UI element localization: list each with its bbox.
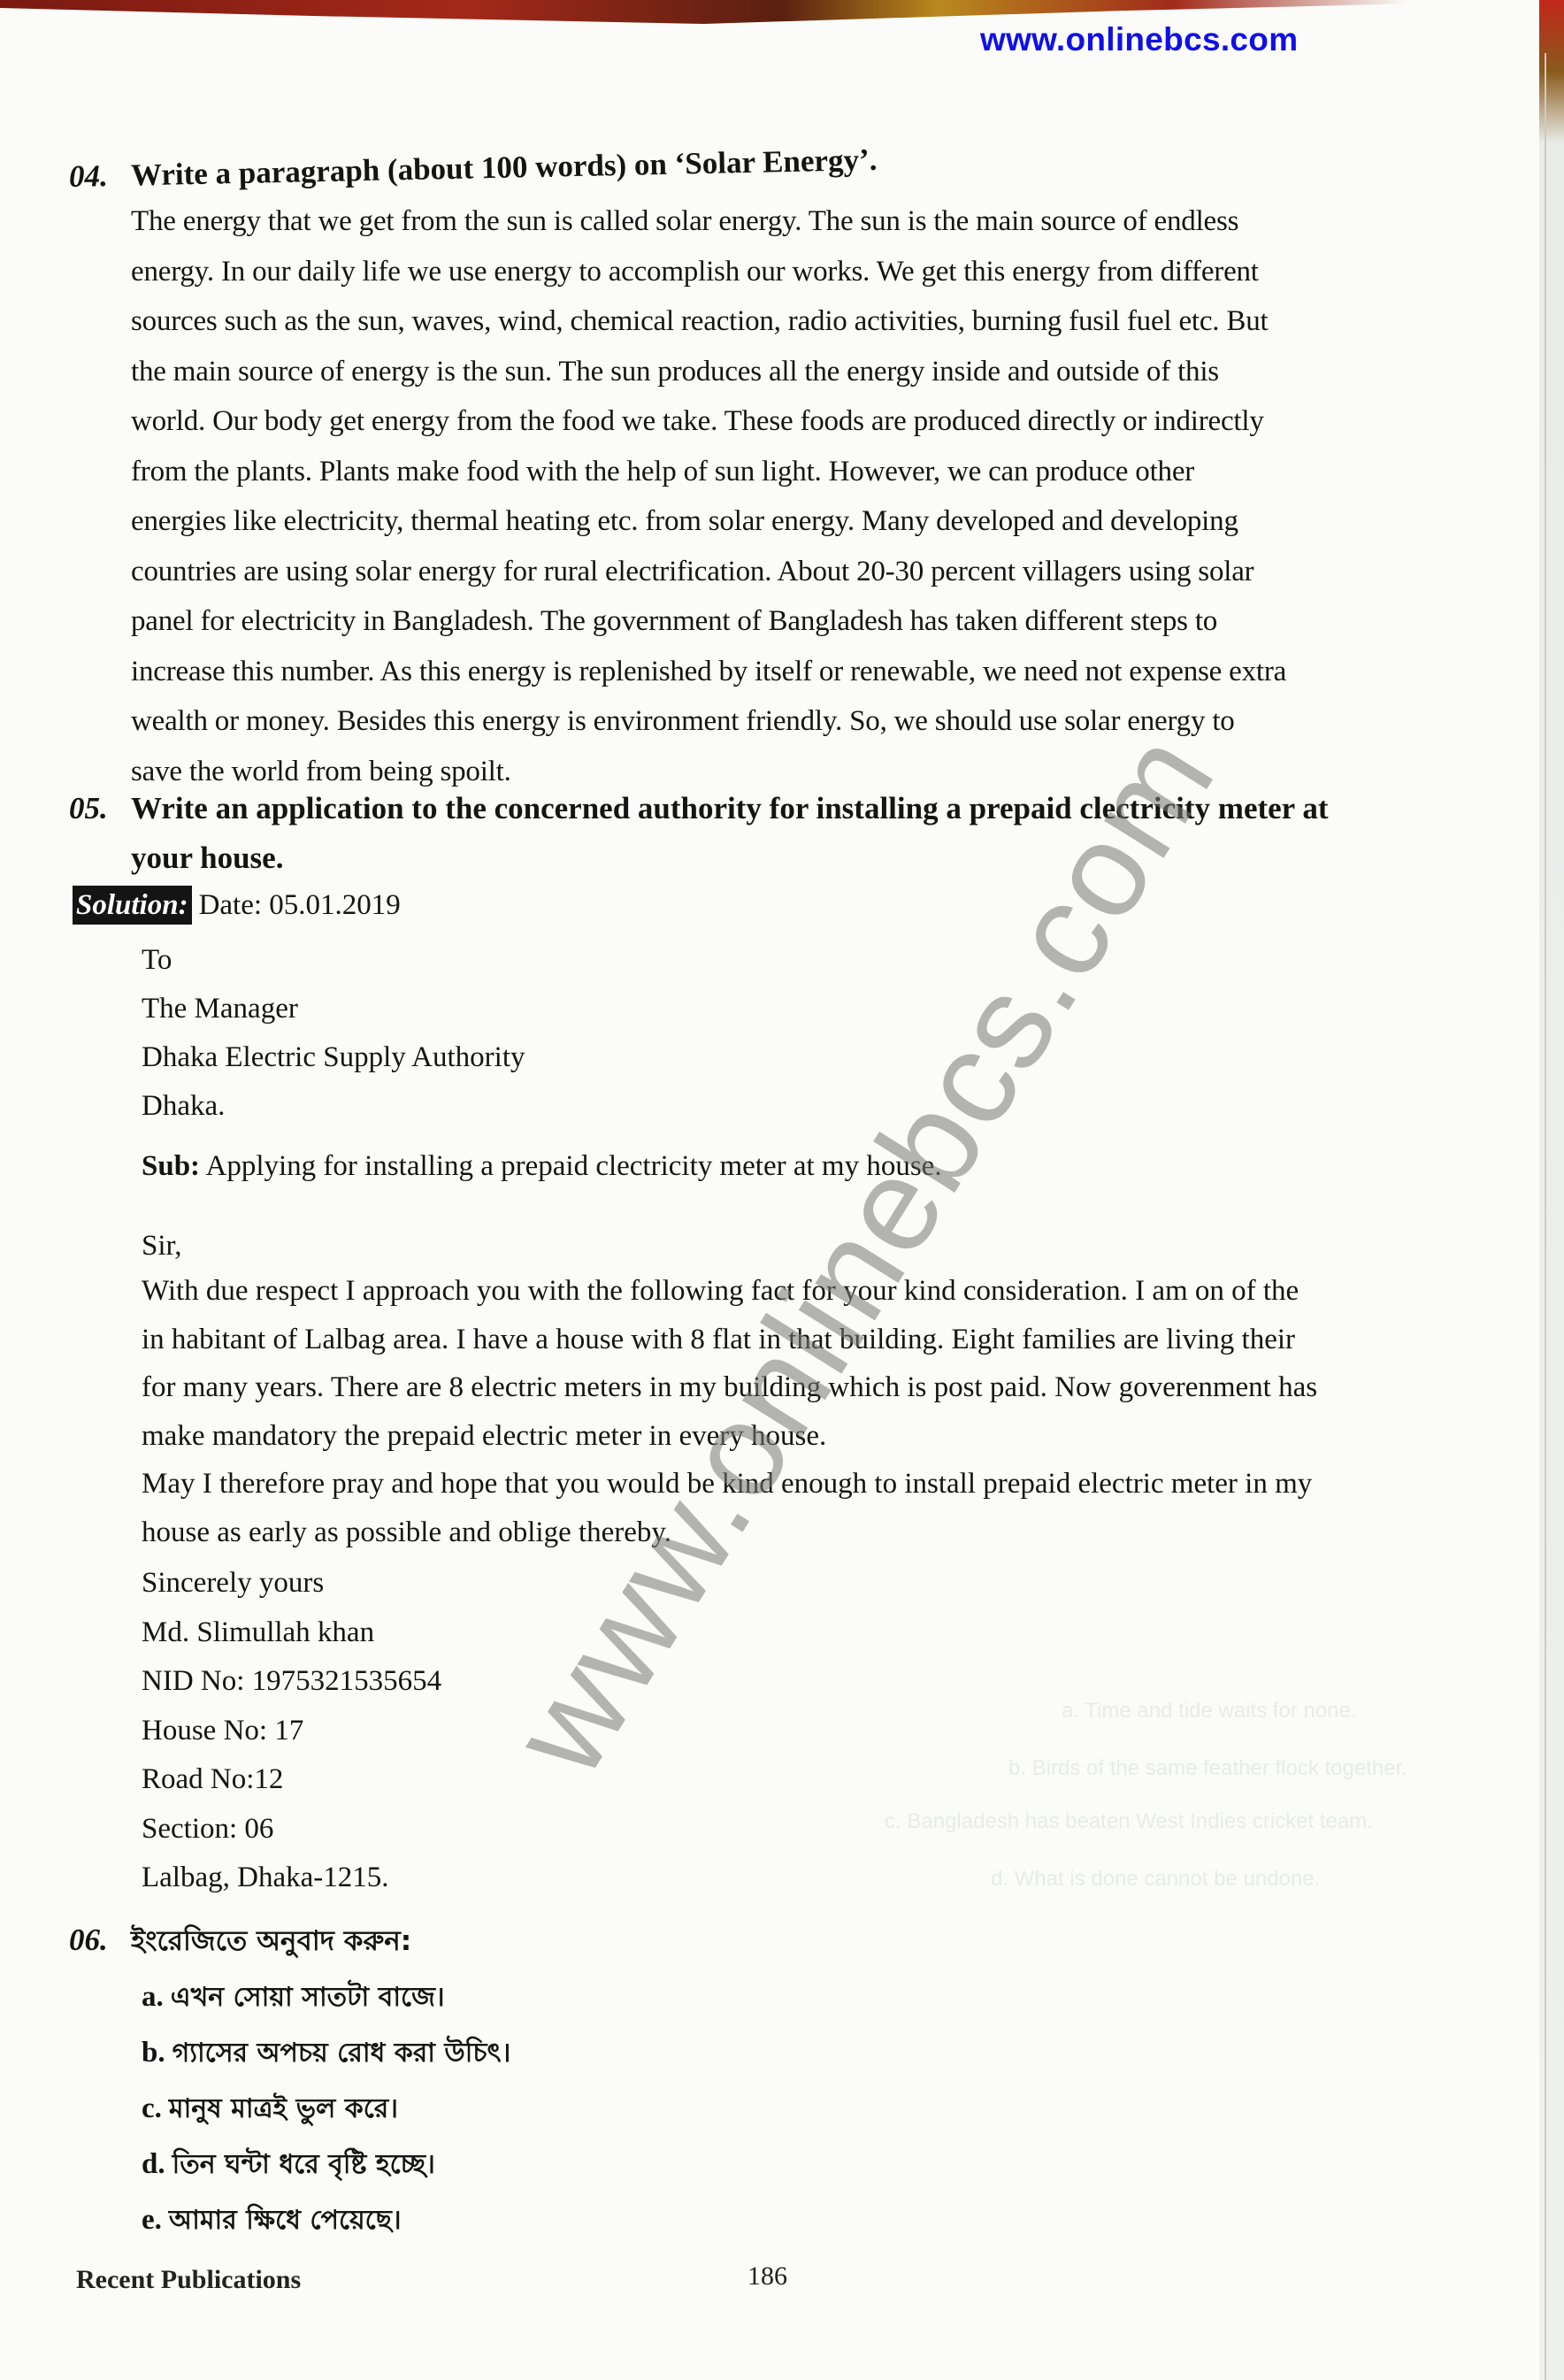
- salutation: Sir,: [142, 1230, 181, 1262]
- paragraph-line: wealth or money. Besides this energy is …: [131, 696, 1524, 747]
- signoff-line: Road No:12: [142, 1755, 441, 1805]
- signoff-line: Lalbag, Dhaka-1215.: [142, 1854, 441, 1903]
- show-through-text: b. Birds of the same feather flock toget…: [1008, 1756, 1407, 1781]
- translation-item: d.তিন ঘন্টা ধরে বৃষ্টি হচ্ছে।: [142, 2137, 510, 2192]
- paragraph-line: energy. In our daily life we use energy …: [131, 247, 1524, 297]
- item-text: গ্যাসের অপচয় রোধ করা উচিৎ।: [172, 2038, 511, 2069]
- show-through-text: d. What is done cannot be undone.: [991, 1867, 1320, 1892]
- letter-body-line: in habitant of Lalbag area. I have a hou…: [142, 1316, 1317, 1364]
- letter-body-line: for many years. There are 8 electric met…: [142, 1363, 1317, 1412]
- question-06-heading: 06.ইংরেজিতে অনুবাদ করুন:: [69, 1916, 411, 1966]
- paragraph-line: world. Our body get energy from the food…: [131, 396, 1524, 447]
- question-number: 04.: [68, 151, 131, 202]
- address-line: Dhaka Electric Supply Authority: [142, 1033, 525, 1082]
- question-05-heading-cont: your house.: [131, 833, 283, 883]
- site-url-header: www.onlinebcs.com: [980, 21, 1298, 58]
- item-text: মানুষ মাত্রই ভুল করে।: [169, 2093, 398, 2124]
- question-number: 06.: [69, 1916, 131, 1965]
- address-line: Dhaka.: [142, 1082, 525, 1131]
- signoff-line: Section: 06: [142, 1805, 441, 1854]
- signoff-line: NID No: 1975321535654: [142, 1657, 441, 1707]
- item-label: a.: [142, 1981, 164, 2013]
- paragraph-line: increase this number. As this energy is …: [131, 647, 1524, 697]
- translation-item: b.গ্যাসের অপচয় রোধ করা উচিৎ।: [142, 2025, 510, 2081]
- paragraph-line: energies like electricity, thermal heati…: [131, 496, 1524, 547]
- letter-signoff: Sincerely yoursMd. Slimullah khanNID No:…: [142, 1559, 441, 1903]
- question-04-heading: 04.Write a paragraph (about 100 words) o…: [68, 135, 878, 202]
- solution-badge: Solution:: [73, 886, 192, 925]
- address-line: To: [142, 936, 525, 985]
- page-number: 186: [747, 2261, 787, 2292]
- letter-body-line: make mandatory the prepaid electric mete…: [142, 1412, 1317, 1461]
- question-prompt-line1: Write an application to the concerned au…: [131, 791, 1328, 825]
- show-through-text: a. Time and tide waits for none.: [1062, 1699, 1357, 1724]
- item-text: তিন ঘন্টা ধরে বৃষ্টি হচ্ছে।: [172, 2149, 435, 2180]
- signoff-line: Md. Slimullah khan: [142, 1608, 441, 1658]
- subject-text: Applying for installing a prepaid clectr…: [200, 1150, 942, 1182]
- item-label: b.: [142, 2037, 165, 2069]
- show-through-text: c. Bangladesh has beaten West Indies cri…: [885, 1809, 1373, 1834]
- item-label: d.: [142, 2148, 165, 2180]
- paragraph-line: sources such as the sun, waves, wind, ch…: [131, 296, 1524, 347]
- address-line: The Manager: [142, 985, 525, 1033]
- letter-subject: Sub: Applying for installing a prepaid c…: [142, 1150, 942, 1183]
- question-prompt: ইংরেজিতে অনুবাদ করুন:: [131, 1925, 411, 1957]
- publisher-name: Recent Publications: [76, 2265, 301, 2295]
- translation-item: a.এখন সোয়া সাতটা বাজে।: [142, 1969, 510, 2025]
- letter-salutation: Sir,: [142, 1230, 181, 1263]
- paragraph-line: from the plants. Plants make food with t…: [131, 447, 1524, 497]
- letter-body-line: With due respect I approach you with the…: [142, 1267, 1317, 1316]
- paragraph-line: The energy that we get from the sun is c…: [131, 196, 1524, 247]
- watermark: www.onlinebcs.com: [481, 706, 1245, 1801]
- item-label: e.: [142, 2204, 162, 2236]
- letter-body-line: house as early as possible and oblige th…: [142, 1509, 1317, 1557]
- solar-energy-paragraph: The energy that we get from the sun is c…: [131, 196, 1524, 796]
- subject-label: Sub:: [142, 1150, 200, 1182]
- item-label: c.: [142, 2092, 162, 2124]
- item-text: আমার ক্ষিধে পেয়েছে।: [169, 2205, 402, 2236]
- translation-item: e.আমার ক্ষিধে পেয়েছে।: [142, 2192, 510, 2248]
- letter-date: Date: 05.01.2019: [199, 889, 401, 921]
- translation-items: a.এখন সোয়া সাতটা বাজে।b.গ্যাসের অপচয় র…: [142, 1969, 510, 2248]
- paragraph-line: panel for electricity in Bangladesh. The…: [131, 596, 1524, 647]
- solution-row: Solution:Date: 05.01.2019: [73, 885, 401, 925]
- paragraph-line: countries are using solar energy for rur…: [131, 547, 1524, 597]
- book-spine-edge-right: [1539, 0, 1564, 2380]
- letter-body: With due respect I approach you with the…: [142, 1267, 1317, 1556]
- book-cover-edge-top: [0, 0, 1564, 27]
- signoff-line: Sincerely yours: [142, 1559, 441, 1608]
- paragraph-line: the main source of energy is the sun. Th…: [131, 347, 1524, 397]
- signoff-line: House No: 17: [142, 1707, 441, 1756]
- question-05-heading: 05.Write an application to the concerned…: [69, 784, 1328, 833]
- question-prompt-line2: your house.: [131, 841, 283, 875]
- item-text: এখন সোয়া সাতটা বাজে।: [171, 1982, 445, 2013]
- letter-address: To The Manager Dhaka Electric Supply Aut…: [142, 936, 525, 1131]
- translation-item: c.মানুষ মাত্রই ভুল করে।: [142, 2081, 510, 2137]
- question-prompt: Write a paragraph (about 100 words) on ‘…: [131, 142, 878, 193]
- letter-body-line: May I therefore pray and hope that you w…: [142, 1460, 1317, 1509]
- question-number: 05.: [69, 784, 131, 833]
